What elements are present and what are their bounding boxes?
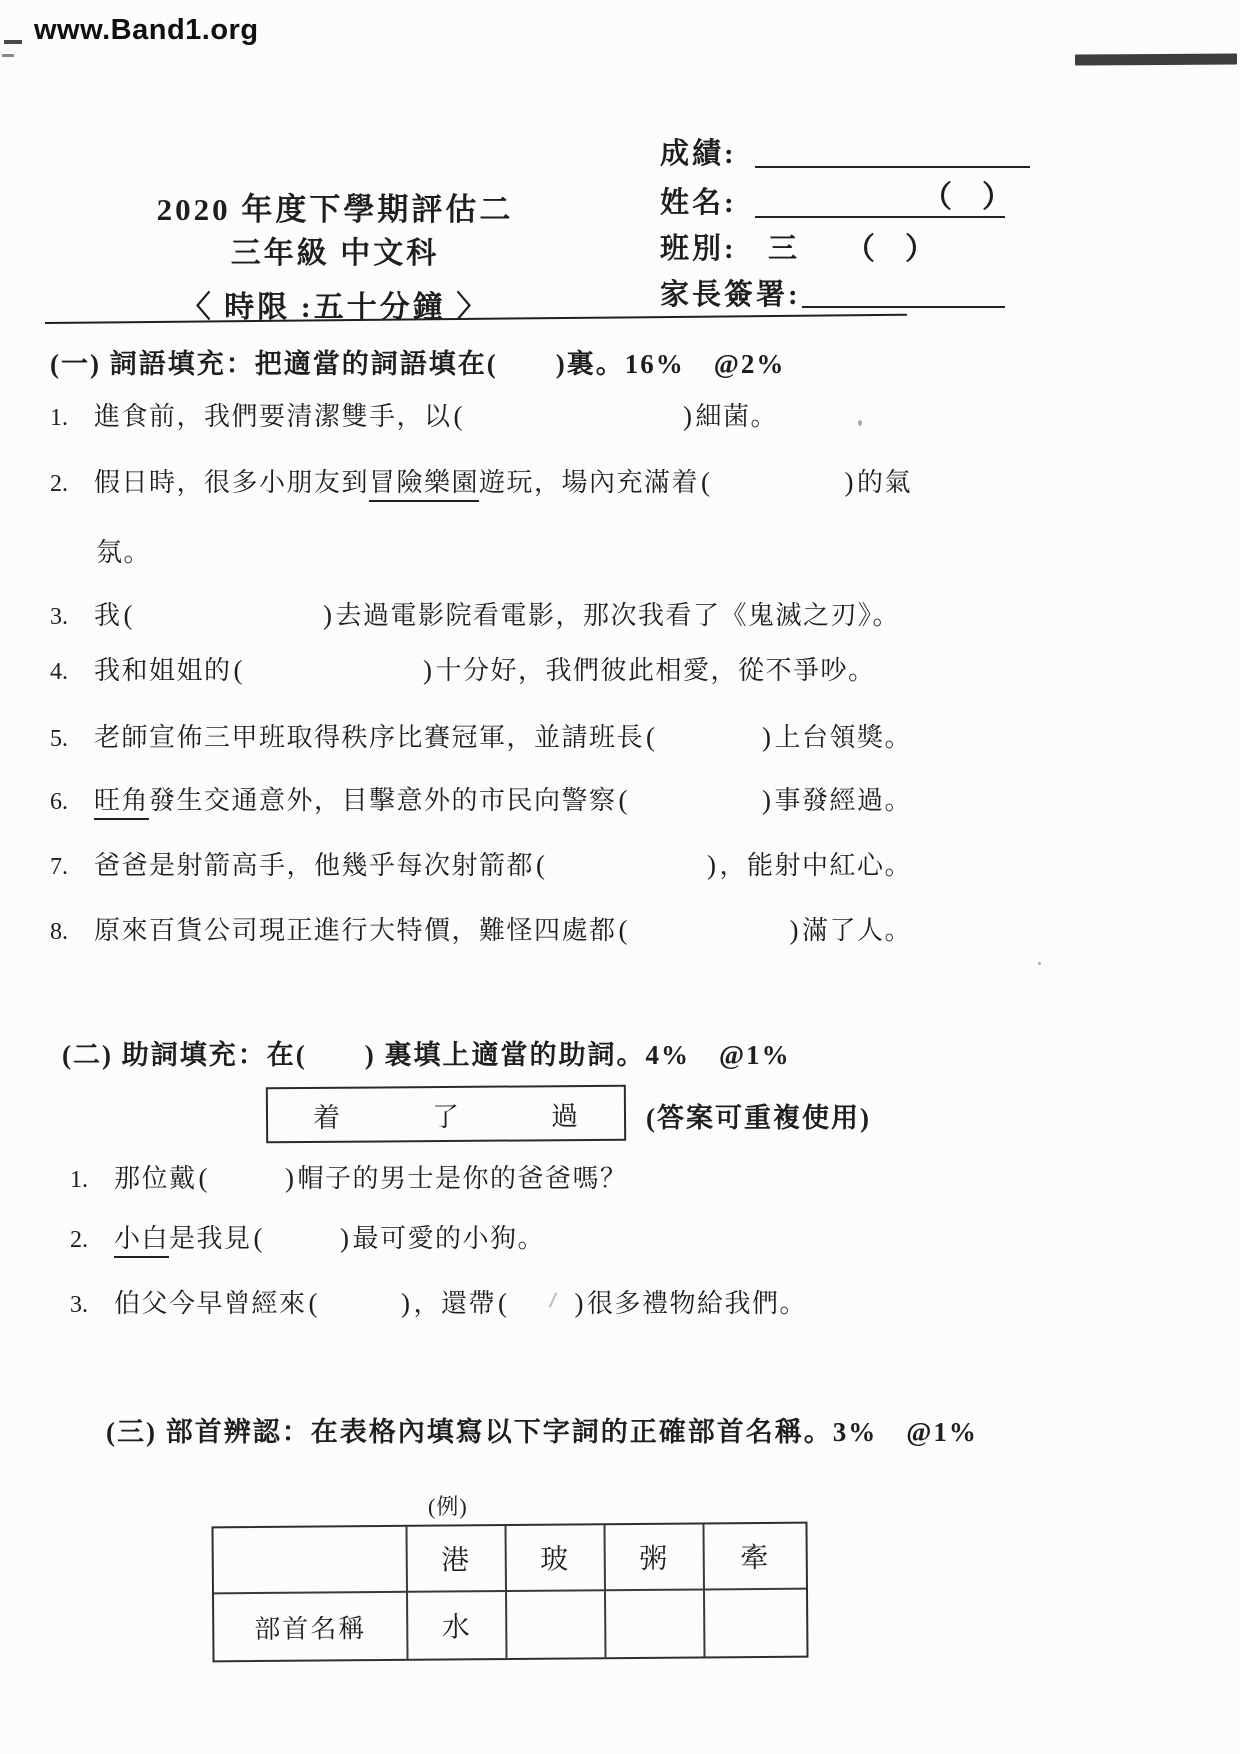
question-pre: 我 <box>94 595 122 632</box>
question-post: 細菌。 <box>696 396 779 433</box>
class-paren-close: ） <box>905 224 935 268</box>
answer-blank <box>266 1245 338 1247</box>
question-pre: 老師宣佈三甲班取得秩序比賽冠軍，並請班長 <box>94 717 644 754</box>
answer-blank <box>511 1310 573 1312</box>
name-blank-line <box>755 216 1005 218</box>
underlined-term: 旺角 <box>94 780 149 820</box>
answer-blank <box>466 423 681 425</box>
answer-blank <box>549 872 705 874</box>
parent-signature-line <box>802 306 1005 308</box>
blank-open-paren: ( <box>252 1223 267 1254</box>
question-pre: 假日時，很多小朋友到 <box>94 462 369 499</box>
blank-open-paren: ( <box>617 785 632 816</box>
word-bank-word: 了 <box>432 1094 460 1133</box>
question-text: 旺角 發生交通意外，目擊意外的市民向警察 ( ) 事發經過。 <box>94 780 912 820</box>
name-paren-close: ） <box>982 172 1012 216</box>
underlined-term: 小白 <box>114 1218 169 1258</box>
question-number: 4. <box>50 659 94 686</box>
blank-open-paren: ( <box>307 1288 322 1319</box>
question-pre2: 遊玩，場內充滿着 <box>479 462 699 499</box>
question-row: 3. 伯父今早曾經來 ( ) ，還帶 ( ) 很多禮物給我們。 <box>70 1283 910 1320</box>
word-bank-word: 着 <box>313 1095 341 1134</box>
question-text: 伯父今早曾經來 ( ) ，還帶 ( ) 很多禮物給我們。 <box>114 1283 910 1320</box>
question-post: 滿了人。 <box>802 910 912 947</box>
question-row: 2. 小白 是我見 ( ) 最可愛的小狗。 <box>70 1218 910 1258</box>
question-text: 爸爸是射箭高手，他幾乎每次射箭都 ( ) ，能射中紅心。 <box>94 845 912 882</box>
question-number: 7. <box>50 854 94 881</box>
question-post: 的氣 <box>857 462 912 499</box>
question-row: 3. 我 ( ) 去過電影院看電影，那次我看了《鬼滅之刃》。 <box>50 595 912 632</box>
name-label: 姓名: <box>660 180 737 221</box>
blank-open-paren: ( <box>452 401 467 432</box>
question-text: 我 ( ) 去過電影院看電影，那次我看了《鬼滅之刃》。 <box>94 595 912 632</box>
question-number: 3. <box>70 1292 114 1319</box>
scan-artifact-dash <box>2 54 14 57</box>
name-paren-open: （ <box>922 172 952 216</box>
table-character-cell: 玻 <box>506 1525 606 1592</box>
blank-close-paren: ) <box>321 600 336 631</box>
blank-close-paren: ) <box>705 850 720 881</box>
question-post: ，能射中紅心。 <box>719 845 912 882</box>
table-answer-cell <box>606 1590 706 1657</box>
question-number: 2. <box>50 471 94 498</box>
score-blank-line <box>755 166 1030 168</box>
question-text: 原來百貨公司現正進行大特價，難怪四處都 ( ) 滿了人。 <box>94 910 912 947</box>
table-character-cell: 粥 <box>605 1524 705 1591</box>
question-post: 十分好，我們彼此相愛，從不爭吵。 <box>436 650 876 687</box>
answer-blank <box>631 807 760 809</box>
question-number: 3. <box>50 604 94 631</box>
blank-close-paren: ) <box>399 1288 414 1319</box>
question-pre2: 是我見 <box>169 1218 252 1255</box>
blank-open-paren: ( <box>232 655 247 686</box>
question-continuation: 氛。 <box>96 532 151 569</box>
exam-paper-page: www.Band1.org 2020 年度下學期評估二 三年級 中文科 〈 時限… <box>0 0 1240 1754</box>
table-corner-cell <box>213 1527 408 1595</box>
question-row: 2. 假日時，很多小朋友到 冒險樂園 遊玩，場內充滿着 ( ) 的氣 <box>50 462 912 502</box>
exam-title-line1: 2020 年度下學期評估二 <box>140 184 530 229</box>
blank-close-paren: ) <box>283 1163 298 1194</box>
question-row: 8. 原來百貨公司現正進行大特價，難怪四處都 ( ) 滿了人。 <box>50 910 912 947</box>
answer-blank <box>246 677 421 679</box>
blank-close-paren: ) <box>760 785 775 816</box>
blank-open-paren: ( <box>699 467 714 498</box>
question-text: 進食前，我們要清潔雙手，以 ( ) 細菌。 <box>94 396 912 433</box>
question-pre: 原來百貨公司現正進行大特價，難怪四處都 <box>94 910 617 947</box>
answer-blank <box>211 1185 283 1187</box>
question-post: 上台領獎。 <box>774 717 912 754</box>
question-row: 7. 爸爸是射箭高手，他幾乎每次射箭都 ( ) ，能射中紅心。 <box>50 845 912 882</box>
question-pre: 爸爸是射箭高手，他幾乎每次射箭都 <box>94 845 534 882</box>
word-bank-box: 着 了 過 <box>266 1085 626 1144</box>
scan-artifact-bar <box>1075 53 1237 65</box>
question-row: 1. 那位戴 ( ) 帽子的男士是你的爸爸嗎？ <box>70 1158 910 1195</box>
blank-open-paren: ( <box>496 1288 511 1319</box>
question-post: 最可愛的小狗。 <box>353 1218 546 1255</box>
question-text: 我和姐姐的 ( ) 十分好，我們彼此相愛，從不爭吵。 <box>94 650 912 687</box>
question-pre2: 發生交通意外，目擊意外的市民向警察 <box>149 780 617 817</box>
section1-heading: (一) 詞語填充：把適當的詞語填在( )裏。16% @2% <box>50 342 785 381</box>
answer-blank <box>714 489 843 491</box>
blank-open-paren: ( <box>197 1163 212 1194</box>
section2-heading: (二) 助詞填充：在( ) 裏填上適當的助詞。4% @1% <box>62 1033 791 1072</box>
question-row: 5. 老師宣佈三甲班取得秩序比賽冠軍，並請班長 ( ) 上台領獎。 <box>50 717 912 754</box>
class-value: 三 <box>768 226 800 267</box>
question-number: 6. <box>50 789 94 816</box>
question-row: 1. 進食前，我們要清潔雙手，以 ( ) 細菌。 <box>50 396 912 433</box>
table-character-cell: 牽 <box>704 1524 806 1591</box>
blank-close-paren: ) <box>573 1288 588 1319</box>
question-text: 小白 是我見 ( ) 最可愛的小狗。 <box>114 1218 910 1258</box>
example-label: (例) <box>428 1490 468 1521</box>
answer-blank <box>136 622 321 624</box>
answer-blank <box>659 744 760 746</box>
class-label: 班別: <box>660 226 737 267</box>
score-label: 成績: <box>660 131 737 172</box>
question-pre: 那位戴 <box>114 1158 197 1195</box>
question-row: 6. 旺角 發生交通意外，目擊意外的市民向警察 ( ) 事發經過。 <box>50 780 912 820</box>
question-number: 8. <box>50 919 94 946</box>
question-number: 1. <box>70 1167 114 1194</box>
word-bank-note: (答案可重複使用) <box>646 1096 871 1135</box>
blank-close-paren: ) <box>338 1223 353 1254</box>
underlined-term: 冒險樂園 <box>369 462 479 502</box>
blank-close-paren: ) <box>787 915 802 946</box>
site-watermark: www.Band1.org <box>34 14 259 47</box>
exam-title-line2: 三年級 中文科 <box>140 228 530 272</box>
blank-close-paren: ) <box>760 722 775 753</box>
table-row-label: 部首名稱 <box>214 1593 409 1661</box>
radical-table: 港 玻 粥 牽 部首名稱 水 <box>211 1522 808 1663</box>
question-mid: ，還帶 <box>414 1283 497 1320</box>
question-text: 那位戴 ( ) 帽子的男士是你的爸爸嗎？ <box>114 1158 910 1195</box>
question-text: 假日時，很多小朋友到 冒險樂園 遊玩，場內充滿着 ( ) 的氣 <box>94 462 912 502</box>
question-pre: 伯父今早曾經來 <box>114 1283 307 1320</box>
question-number: 5. <box>50 726 94 753</box>
scan-speckle <box>1038 962 1041 965</box>
question-number: 1. <box>50 405 94 432</box>
table-answer-cell <box>507 1591 607 1658</box>
blank-open-paren: ( <box>644 722 659 753</box>
blank-close-paren: ) <box>681 401 696 432</box>
blank-open-paren: ( <box>534 850 549 881</box>
scan-artifact-dash <box>4 40 22 44</box>
question-post: 帽子的男士是你的爸爸嗎？ <box>298 1158 628 1195</box>
blank-close-paren: ) <box>421 655 436 686</box>
section3-heading: (三) 部首辨認：在表格內填寫以下字詞的正確部首名稱。3% @1% <box>106 1410 978 1449</box>
question-text: 老師宣佈三甲班取得秩序比賽冠軍，並請班長 ( ) 上台領獎。 <box>94 717 912 754</box>
word-bank-word: 過 <box>551 1094 579 1133</box>
question-pre: 我和姐姐的 <box>94 650 232 687</box>
question-post: 去過電影院看電影，那次我看了《鬼滅之刃》。 <box>336 595 901 632</box>
parent-signature-label: 家長簽署: <box>660 272 801 313</box>
blank-close-paren: ) <box>842 467 857 498</box>
table-character-cell: 港 <box>407 1526 507 1593</box>
question-pre: 進食前，我們要清潔雙手，以 <box>94 396 452 433</box>
question-row: 4. 我和姐姐的 ( ) 十分好，我們彼此相愛，從不爭吵。 <box>50 650 912 687</box>
question-post: 很多禮物給我們。 <box>587 1283 807 1320</box>
question-post: 事發經過。 <box>774 780 912 817</box>
answer-blank <box>321 1310 399 1312</box>
table-answer-cell <box>705 1590 807 1657</box>
blank-open-paren: ( <box>617 915 632 946</box>
question-number: 2. <box>70 1227 114 1254</box>
table-example-answer: 水 <box>408 1592 508 1659</box>
class-paren-open: （ <box>845 224 875 268</box>
blank-open-paren: ( <box>122 600 137 631</box>
answer-blank <box>631 937 787 939</box>
